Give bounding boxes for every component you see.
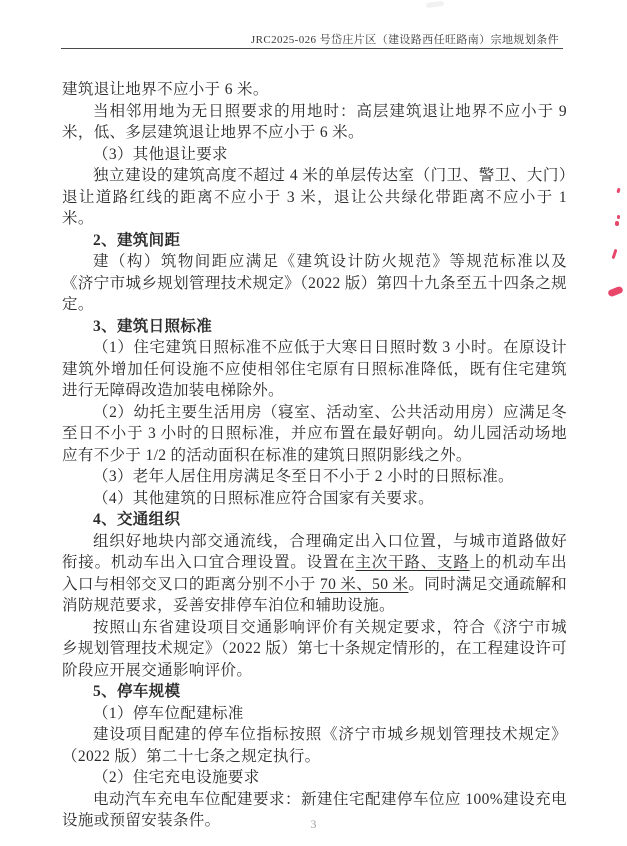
heading-traffic-organization: 4、交通组织: [62, 509, 567, 531]
paragraph-parking-standard: 建设项目配建的停车位指标按照《济宁市城乡规划管理技术规定》（2022 版）第二十…: [62, 724, 567, 767]
paragraph-setback-continued: 建筑退让地界不应小于 6 米。: [62, 79, 567, 101]
paragraph-charging-title: （2）住宅充电设施要求: [62, 767, 567, 789]
traffic-underline-roads: 主次干路、支路: [355, 554, 469, 571]
red-pen-mark: [615, 221, 619, 226]
paragraph-elderly-sunlight: （3）老年人居住用房满足冬至日不小于 2 小时的日照标准。: [62, 466, 567, 488]
heading-building-spacing: 2、建筑间距: [62, 230, 567, 252]
red-pen-mark: [616, 188, 620, 194]
header-rule: [61, 48, 563, 49]
heading-parking-scale: 5、停车规模: [62, 681, 567, 703]
paragraph-gatehouse-setback: 独立建设的建筑高度不超过 4 米的单层传达室（门卫、警卫、大门）退让道路红线的距…: [62, 165, 567, 230]
paragraph-traffic-entrances: 组织好地块内部交通流线，合理确定出入口位置，与城市道路做好衔接。机动车出入口宜合…: [62, 531, 567, 617]
heading-sunlight-standard: 3、建筑日照标准: [62, 316, 567, 338]
scan-smudge: [426, 1, 445, 8]
paragraph-other-setback-title: （3）其他退让要求: [62, 144, 567, 166]
paragraph-traffic-impact: 按照山东省建设项目交通影响评价有关规定要求，符合《济宁市城乡规划管理技术规定》（…: [62, 617, 567, 682]
paragraph-kindergarten-sunlight: （2）幼托主要生活用房（寝室、活动室、公共活动用房）应满足冬至日不小于 3 小时…: [62, 402, 567, 467]
document-page: JRC2025-026 号岱庄片区（建设路西任旺路南）宗地规划条件 建筑退让地界…: [0, 0, 627, 846]
red-pen-mark: [612, 249, 618, 259]
page-number: 3: [0, 819, 627, 831]
paragraph-parking-standard-title: （1）停车位配建标准: [62, 703, 567, 725]
traffic-underline-distances: 70 米、50 米: [320, 576, 408, 593]
document-body: 建筑退让地界不应小于 6 米。 当相邻用地为无日照要求的用地时：高层建筑退让地界…: [62, 79, 567, 832]
red-pen-mark: [617, 215, 620, 219]
header-title: JRC2025-026 号岱庄片区（建设路西任旺路南）宗地规划条件: [251, 31, 559, 47]
paragraph-building-spacing: 建（构）筑物间距应满足《建筑设计防火规范》等规范标准以及《济宁市城乡规划管理技术…: [62, 251, 567, 316]
paragraph-other-sunlight: （4）其他建筑的日照标准应符合国家有关要求。: [62, 488, 567, 510]
paragraph-residential-sunlight: （1）住宅建筑日照标准不应低于大寒日日照时数 3 小时。在原设计建筑外增加任何设…: [62, 337, 567, 402]
red-pen-mark: [607, 285, 624, 297]
paragraph-adjacent-land: 当相邻用地为无日照要求的用地时：高层建筑退让地界不应小于 9 米，低、多层建筑退…: [62, 101, 567, 144]
